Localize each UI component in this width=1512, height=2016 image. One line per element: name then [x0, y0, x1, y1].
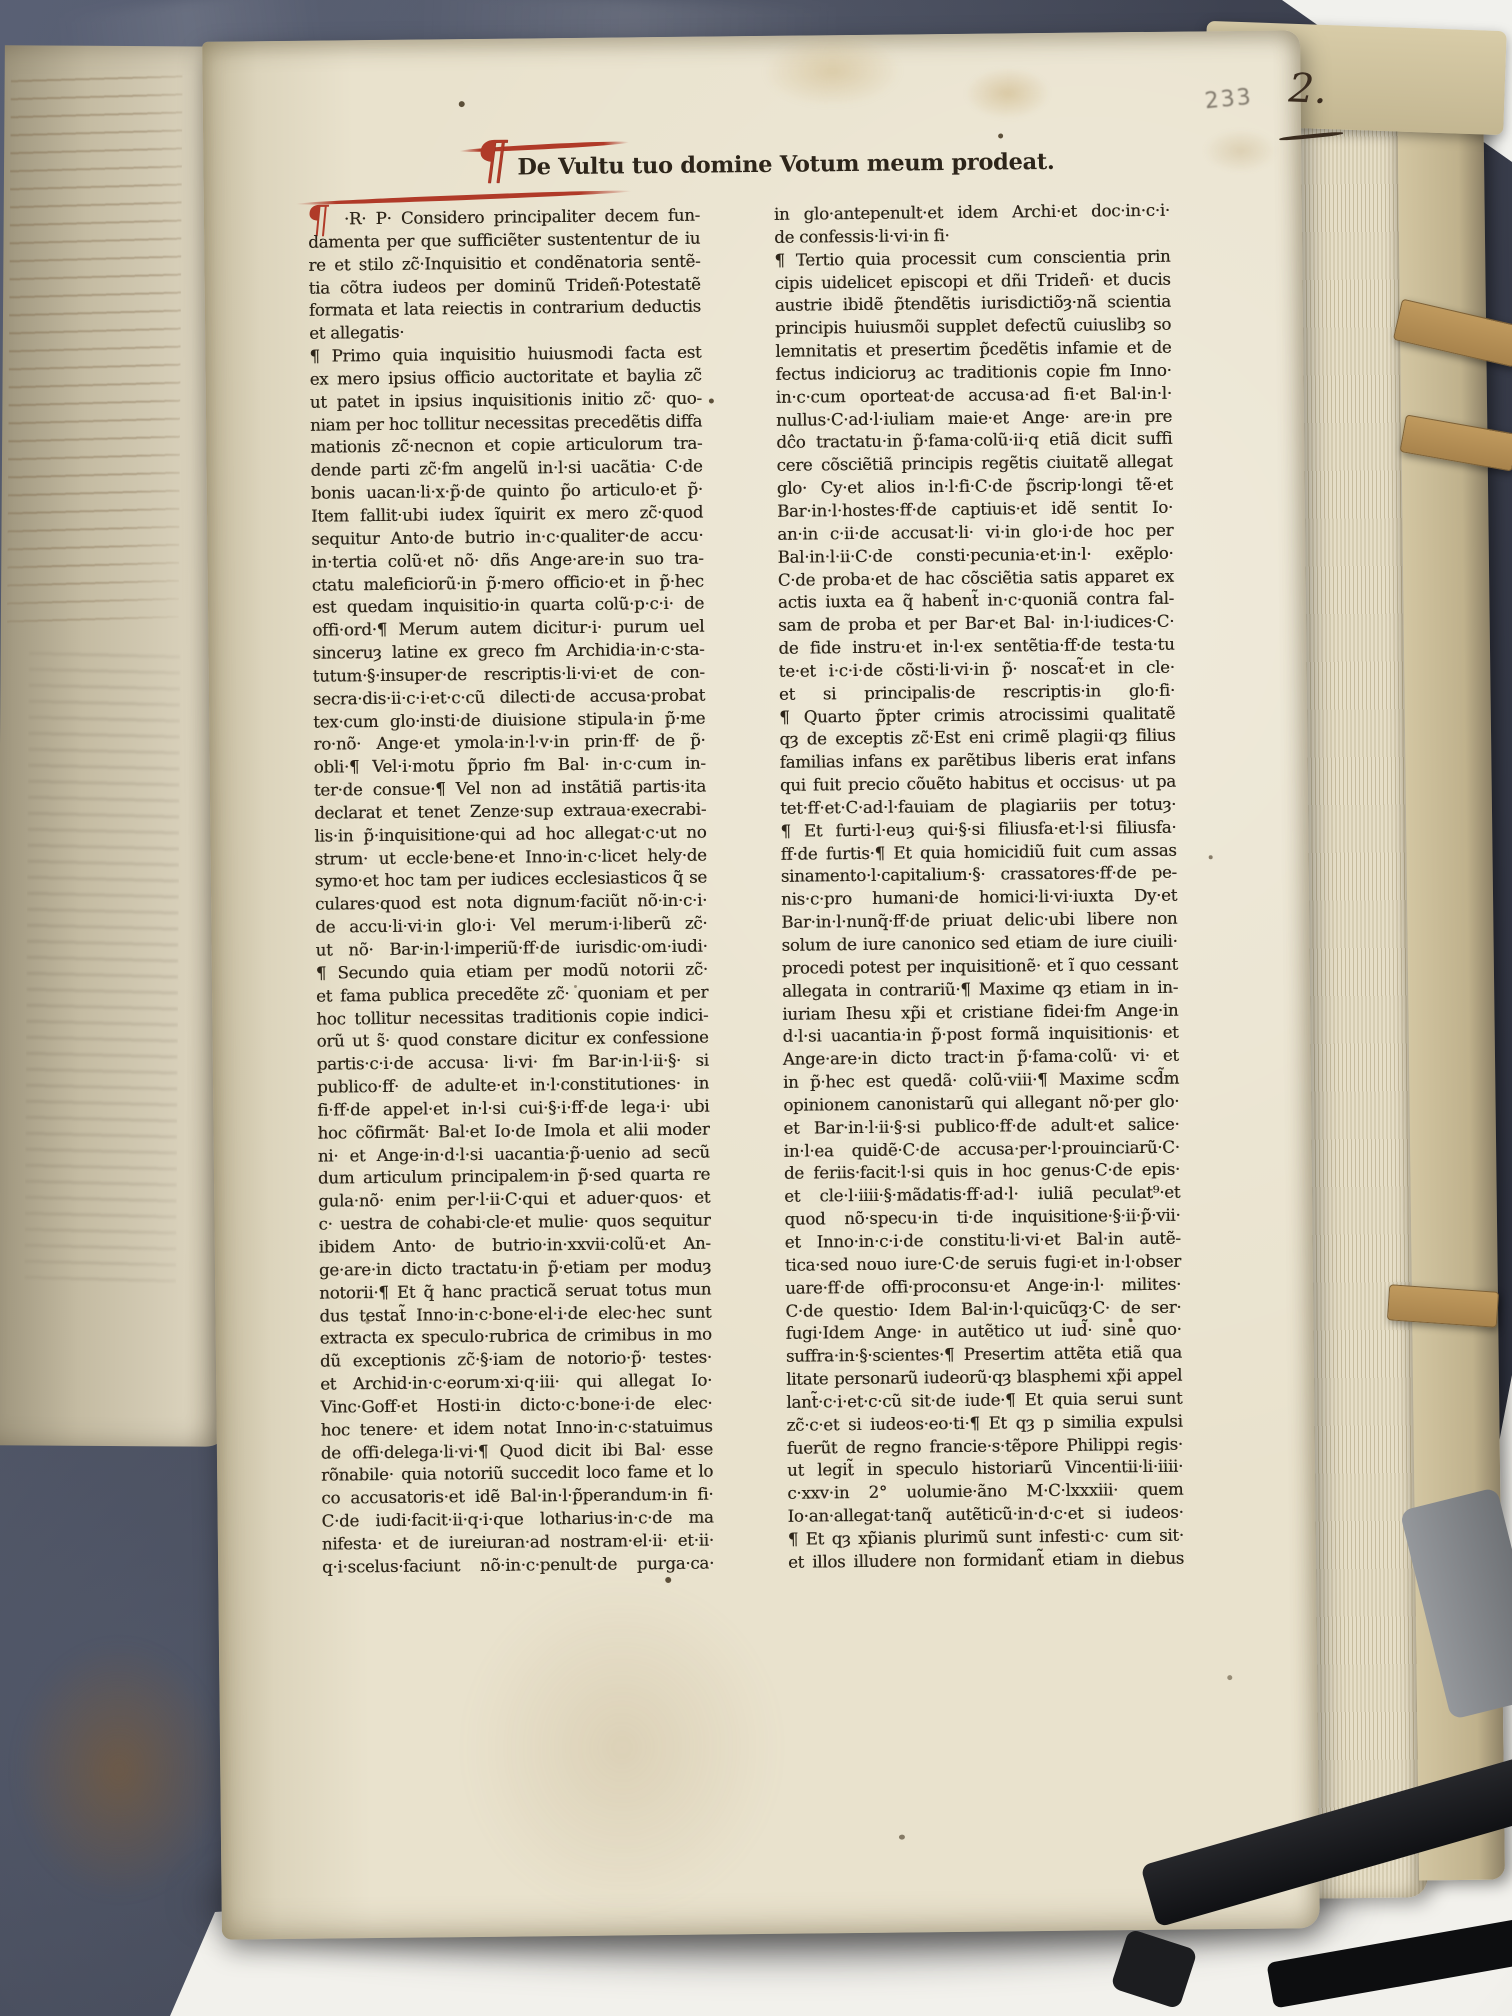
ink-folio-mark: 2.: [1288, 65, 1328, 113]
text-line: notorii·¶ Et q̃ hanc practicã seruat tot…: [319, 1278, 711, 1305]
book-page: ¶ De Vultu tuo domine Votum meum prodeat…: [202, 30, 1320, 1939]
pencil-folio-number: 233: [1204, 85, 1254, 115]
text-column-left: ·R· P· Considero principaliter decem fun…: [308, 205, 714, 1580]
text-line: Bal·in·l·ii·C·de consti·pecunia·et·in·l·…: [777, 542, 1173, 569]
foxing-stain: [964, 67, 1051, 120]
wormhole: [1129, 1318, 1133, 1322]
text-bleedthrough: [24, 645, 180, 1286]
rubric-pilcrow-icon: ¶: [472, 135, 512, 187]
rubric-flourish: [296, 189, 632, 207]
wormhole: [899, 1835, 905, 1840]
wormhole: [365, 1320, 369, 1324]
wormhole: [998, 133, 1003, 138]
wormhole: [709, 398, 714, 403]
leather-clasp-strap: [1387, 1284, 1499, 1328]
water-stain: [460, 1576, 784, 1919]
text-line: et fama publica precedẽte zc̃· quoniam e…: [316, 981, 708, 1008]
wormhole: [459, 101, 465, 107]
text-line: uare·ff·de offi·proconsu·et Ange·in·l· m…: [785, 1273, 1181, 1300]
wormhole: [1227, 1675, 1232, 1680]
text-line: formata et lata reiectis in contrarium d…: [309, 296, 701, 323]
text-column-right: in glo·antepenult·et idem Archi·et doc·i…: [774, 200, 1184, 1575]
foxing-stain: [1203, 129, 1277, 174]
text-line: in·tertia colũ·et nõ· dñs Ange·are·in su…: [311, 547, 703, 574]
page-heading: De Vultu tuo domine Votum meum prodeat.: [517, 150, 953, 181]
photo-scene: ¶ De Vultu tuo domine Votum meum prodeat…: [0, 0, 1512, 2016]
wormhole: [574, 985, 577, 988]
foxing-stain: [762, 34, 903, 107]
wormhole: [665, 1577, 671, 1583]
brown-stain: [14, 1640, 224, 1900]
text-line: et illos illudere non formidant̃ etiam i…: [788, 1547, 1184, 1574]
handwritten-marginalia: [7, 67, 183, 628]
text-line: in glo·antepenult·et idem Archi·et doc·i…: [774, 200, 1170, 227]
text-line: q·i·scelus·faciunt nõ·in·c·penult·de pur…: [322, 1552, 714, 1579]
wormhole: [1209, 855, 1213, 859]
